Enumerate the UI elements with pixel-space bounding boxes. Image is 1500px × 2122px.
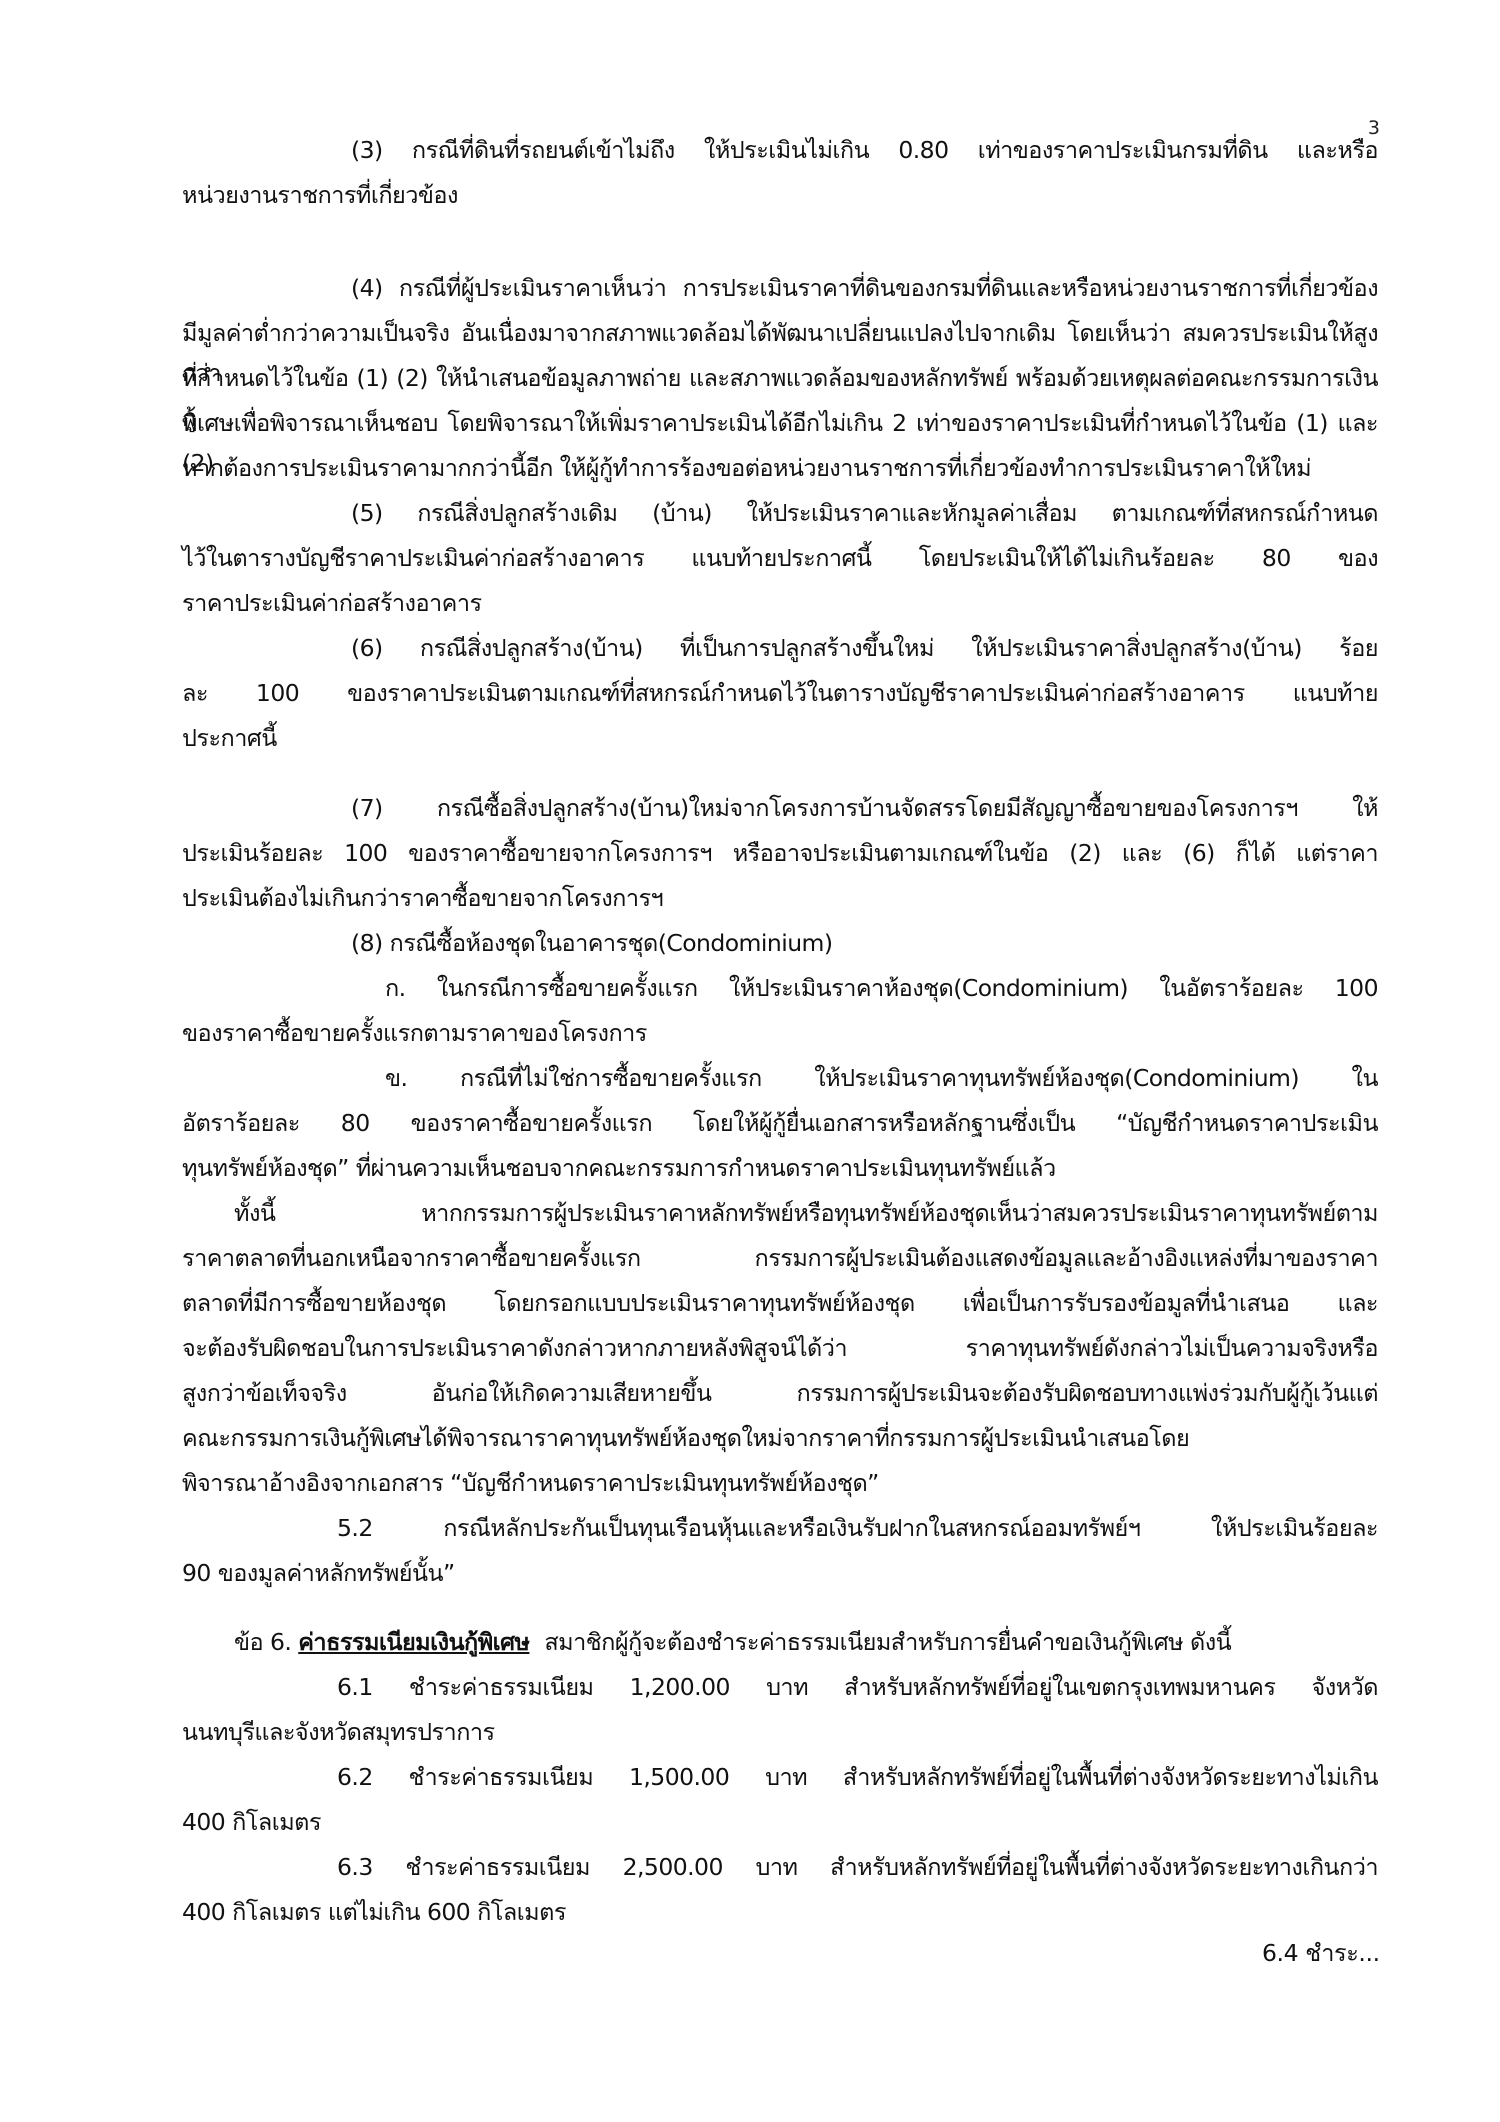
item-4-line-1: (4) กรณีที่ผู้ประเมินราคาเห็นว่า การประเ… [351,268,1378,308]
note-line-3: ตลาดที่มีการซื้อขายห้องชุด โดยกรอกแบบประ… [182,1283,1378,1323]
document-page: 3 (3) กรณีที่ดินที่รถยนต์เข้าไม่ถึง ให้ป… [0,0,1500,2122]
continuation-marker: 6.4 ชำระ... [1262,1935,1380,1972]
fee-6-1-line-2: นนทบุรีและจังหวัดสมุทรปราการ [182,1712,1378,1752]
fee-6-2-line-1: 6.2 ชำระค่าธรรมเนียม 1,500.00 บาท สำหรับ… [337,1757,1378,1797]
item-7-line-2: ประเมินร้อยละ 100 ของราคาซื้อขายจากโครงก… [182,833,1378,873]
item-3-line-1: (3) กรณีที่ดินที่รถยนต์เข้าไม่ถึง ให้ประ… [351,130,1378,170]
item-8-heading: (8) กรณีซื้อห้องชุดในอาคารชุด(Condominiu… [351,923,1500,963]
item-4-line-4: พิเศษเพื่อพิจารณาเห็นชอบ โดยพิจารณาให้เพ… [182,403,1378,443]
item-6-line-1: (6) กรณีสิ่งปลูกสร้าง(บ้าน) ที่เป็นการปล… [351,628,1378,668]
item-6-line-2: ละ 100 ของราคาประเมินตามเกณฑ์ที่สหกรณ์กำ… [182,673,1378,713]
item-8a-line-2: ของราคาซื้อขายครั้งแรกตามราคาของโครงการ [182,1013,1378,1053]
item-5-line-1: (5) กรณีสิ่งปลูกสร้างเดิม (บ้าน) ให้ประเ… [351,493,1378,533]
note-line-7: พิจารณาอ้างอิงจากเอกสาร “บัญชีกำหนดราคาป… [182,1463,1378,1503]
item-7-line-1: (7) กรณีซื้อสิ่งปลูกสร้าง(บ้าน)ใหม่จากโค… [351,788,1378,828]
section-6-title: ค่าธรรมเนียมเงินกู้พิเศษ [298,1628,529,1656]
note-line-4: จะต้องรับผิดชอบในการประเมินราคาดังกล่าวห… [182,1328,1378,1368]
fee-6-3-line-2: 400 กิโลเมตร แต่ไม่เกิน 600 กิโลเมตร [182,1892,1378,1932]
item-8b-line-2: อัตราร้อยละ 80 ของราคาซื้อขายครั้งแรก โด… [182,1103,1378,1143]
fee-6-1-line-1: 6.1 ชำระค่าธรรมเนียม 1,200.00 บาท สำหรับ… [337,1667,1378,1707]
item-8b-line-1: ข. กรณีที่ไม่ใช่การซื้อขายครั้งแรก ให้ปร… [385,1058,1378,1098]
item-5-line-3: ราคาประเมินค่าก่อสร้างอาคาร [182,583,1378,623]
section-6-heading-line: ข้อ 6. ค่าธรรมเนียมเงินกู้พิเศษ สมาชิกผู… [234,1622,1378,1662]
item-8a-line-1: ก. ในกรณีการซื้อขายครั้งแรก ให้ประเมินรา… [385,968,1378,1008]
item-8b-line-3: ทุนทรัพย์ห้องชุด” ที่ผ่านความเห็นชอบจากค… [182,1148,1378,1188]
item-7-line-3: ประเมินต้องไม่เกินกว่าราคาซื้อขายจากโครง… [182,878,1378,918]
item-4-line-2: มีมูลค่าต่ำกว่าความเป็นจริง อันเนื่องมาจ… [182,313,1378,353]
note-line-1: ทั้งนี้ หากกรรมการผู้ประเมินราคาหลักทรัพ… [234,1193,1378,1233]
note-line-2: ราคาตลาดที่นอกเหนือจากราคาซื้อขายครั้งแร… [182,1238,1378,1278]
section-6-prefix: ข้อ 6. [234,1628,291,1656]
fee-6-3-line-1: 6.3 ชำระค่าธรรมเนียม 2,500.00 บาท สำหรับ… [337,1847,1378,1887]
item-6-line-3: ประกาศนี้ [182,718,1378,758]
item-3-line-2: หน่วยงานราชการที่เกี่ยวข้อง [182,175,1378,215]
item-5-2-line-2: 90 ของมูลค่าหลักทรัพย์นั้น” [182,1553,1378,1593]
note-line-6: คณะกรรมการเงินกู้พิเศษได้พิจารณาราคาทุนท… [182,1418,1378,1458]
section-6-text: สมาชิกผู้กู้จะต้องชำระค่าธรรมเนียมสำหรับ… [544,1628,1231,1656]
note-line-5: สูงกว่าข้อเท็จจริง อันก่อให้เกิดความเสีย… [182,1373,1378,1413]
item-5-line-2: ไว้ในตารางบัญชีราคาประเมินค่าก่อสร้างอาค… [182,538,1378,578]
fee-6-2-line-2: 400 กิโลเมตร [182,1802,1378,1842]
item-5-2-line-1: 5.2 กรณีหลักประกันเป็นทุนเรือนหุ้นและหรื… [337,1508,1378,1548]
item-4-line-3: ที่กำหนดไว้ในข้อ (1) (2) ให้นำเสนอข้อมูล… [182,358,1378,398]
item-4-line-5: หากต้องการประเมินราคามากกว่านี้อีก ให้ผู… [182,448,1378,488]
